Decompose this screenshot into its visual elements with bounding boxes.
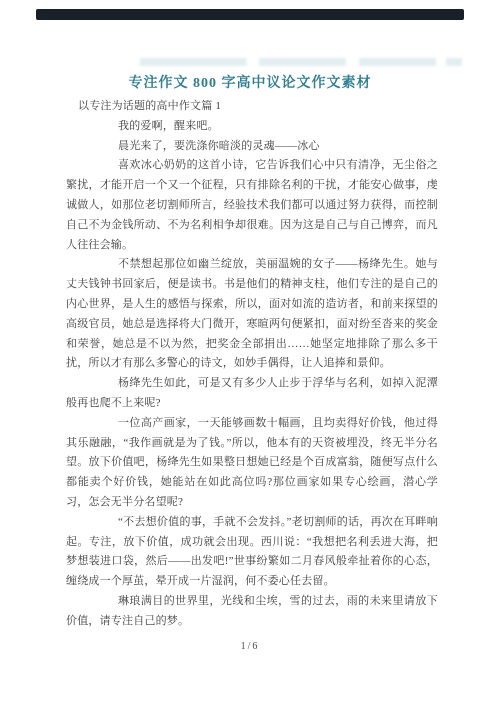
document-title: 专注作文 800 字高中议论文作文素材 [0, 72, 500, 92]
document-page: 专注作文 800 字高中议论文作文素材 以专注为话题的高中作文篇 1 我的爱啊，… [0, 0, 500, 707]
paragraph: 我的爱啊，醒来吧。 [66, 117, 438, 137]
page-number-indicator: 1/6 [0, 641, 500, 652]
paragraph-list: 我的爱啊，醒来吧。晨光来了，要洗涤你暗淡的灵魂——冰心喜欢冰心奶奶的这首小诗，它… [66, 117, 438, 632]
top-dark-banner [36, 9, 464, 20]
faded-text-artifact [140, 58, 462, 66]
document-subtitle: 以专注为话题的高中作文篇 1 [66, 97, 438, 117]
paragraph: 不禁想起那位如幽兰绽放，美丽温婉的女子——杨绛先生。她与丈夫钱钟书回家后，便是读… [66, 255, 438, 374]
paragraph: 一位高产画家，一天能够画数十幅画，且均卖得好价钱，他过得其乐融融，“我作画就是为… [66, 414, 438, 513]
paragraph: 杨绛先生如此，可是又有多少人止步于浮华与名利，如掉入泥潭般再也爬不上来呢? [66, 374, 438, 414]
paragraph: 喜欢冰心奶奶的这首小诗，它告诉我们心中只有清净，无尘俗之繁扰，才能开启一个又一个… [66, 156, 438, 255]
document-body: 以专注为话题的高中作文篇 1 我的爱啊，醒来吧。晨光来了，要洗涤你暗淡的灵魂——… [66, 97, 438, 632]
paragraph: 晨光来了，要洗涤你暗淡的灵魂——冰心 [66, 137, 438, 157]
paragraph: 琳琅满目的世界里，光线和尘埃，雪的过去，雨的未来里请放下价值，请专注自己的梦。 [66, 592, 438, 632]
paragraph: “不去想价值的事，手就不会发抖。”老切割师的话，再次在耳畔响起。专注，放下价值，… [66, 513, 438, 592]
